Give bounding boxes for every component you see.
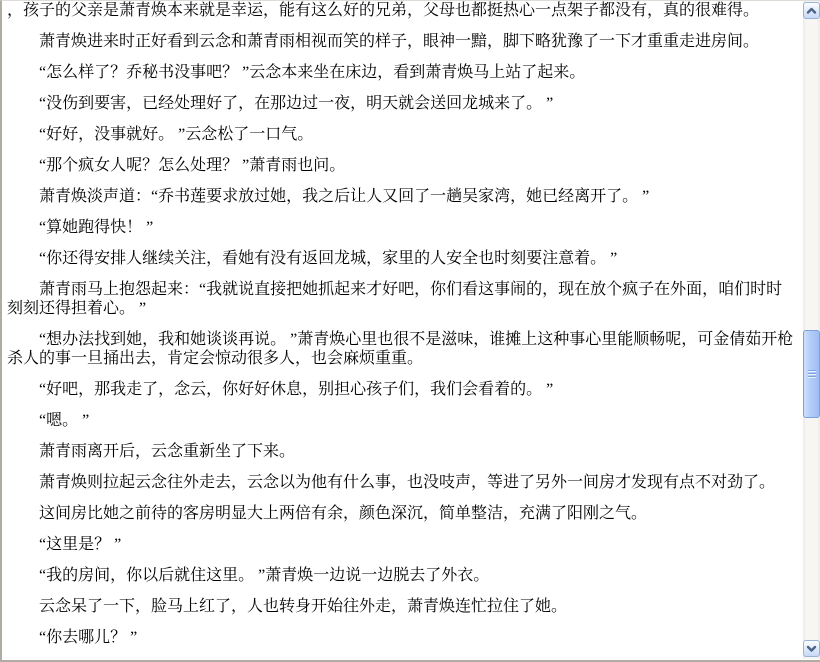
paragraph: “嗯。 ” bbox=[7, 411, 795, 430]
chevron-up-icon bbox=[805, 4, 818, 17]
reader-window: ，孩子的父亲是萧青焕本来就是幸运，能有这么好的兄弟，父母也都挺热心一点架子都没有… bbox=[0, 0, 820, 662]
paragraph: ，孩子的父亲是萧青焕本来就是幸运，能有这么好的兄弟，父母也都挺热心一点架子都没有… bbox=[7, 1, 795, 20]
paragraph: “怎么样了？乔秘书没事吧？ ”云念本来坐在床边，看到萧青焕马上站了起来。 bbox=[7, 63, 795, 82]
paragraph: 萧青雨离开后，云念重新坐了下来。 bbox=[7, 442, 795, 461]
paragraph: 萧青雨马上抱怨起来：“我就说直接把她抓起来才好吧，你们看这事闹的，现在放个疯子在… bbox=[7, 280, 795, 318]
paragraph: 萧青焕淡声道：“乔书莲要求放过她，我之后让人又回了一趟吴家湾，她已经离开了。 ” bbox=[7, 187, 795, 206]
thumb-grip-icon bbox=[808, 369, 816, 379]
scroll-down-button[interactable] bbox=[803, 640, 820, 657]
novel-text-area: ，孩子的父亲是萧青焕本来就是幸运，能有这么好的兄弟，父母也都挺热心一点架子都没有… bbox=[2, 1, 801, 660]
paragraph: “好好，没事就好。 ”云念松了一口气。 bbox=[7, 125, 795, 144]
paragraph: “我的房间，你以后就住这里。 ”萧青焕一边说一边脱去了外衣。 bbox=[7, 566, 795, 585]
paragraph: “算她跑得快！ ” bbox=[7, 218, 795, 237]
paragraph: “你还得安排人继续关注，看她有没有返回龙城，家里的人安全也时刻要注意着。 ” bbox=[7, 249, 795, 268]
paragraph: “你去哪儿？ ” bbox=[7, 628, 795, 647]
paragraph: “没伤到要害，已经处理好了，在那边过一夜，明天就会送回龙城来了。 ” bbox=[7, 94, 795, 113]
paragraph: 萧青焕则拉起云念往外走去，云念以为他有什么事，也没吱声，等进了另外一间房才发现有… bbox=[7, 473, 795, 492]
paragraph: 萧青焕进来时正好看到云念和萧青雨相视而笑的样子，眼神一黯，脚下略犹豫了一下才重重… bbox=[7, 32, 795, 51]
paragraph: “想办法找到她，我和她谈谈再说。 ”萧青焕心里也很不是滋味，谁摊上这种事心里能顺… bbox=[7, 330, 795, 368]
chevron-down-icon bbox=[805, 642, 818, 655]
paragraph: “那个疯女人呢？怎么处理？ ”萧青雨也问。 bbox=[7, 156, 795, 175]
paragraph: 云念呆了一下，脸马上红了，人也转身开始往外走，萧青焕连忙拉住了她。 bbox=[7, 597, 795, 616]
paragraph: “这里是？ ” bbox=[7, 535, 795, 554]
vertical-scrollbar[interactable] bbox=[803, 1, 820, 659]
paragraph: 这间房比她之前待的客房明显大上两倍有余，颜色深沉，简单整洁，充满了阳刚之气。 bbox=[7, 504, 795, 523]
paragraph: “好吧，那我走了，念云，你好好休息，别担心孩子们，我们会看着的。 ” bbox=[7, 380, 795, 399]
scroll-up-button[interactable] bbox=[803, 2, 820, 19]
scrollbar-thumb[interactable] bbox=[803, 330, 820, 418]
